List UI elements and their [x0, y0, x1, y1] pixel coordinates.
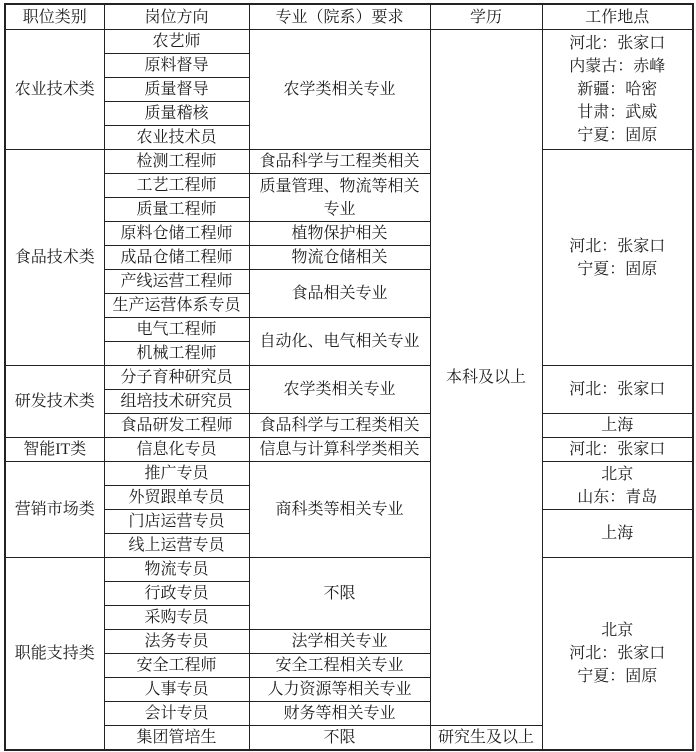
cell-position: 食品研发工程师 [104, 414, 249, 438]
cell-position: 组培技术研究员 [104, 390, 249, 414]
cell-position: 门店运营专员 [104, 510, 249, 534]
cell-position: 生产运营体系专员 [104, 294, 249, 318]
cell-location: 河北：张家口 [542, 438, 693, 462]
table-row: 农业技术类 农艺师 农学类相关专业 本科及以上 河北：张家口 内蒙古：赤峰 新疆… [5, 30, 693, 54]
cell-position: 安全工程师 [104, 654, 249, 678]
cell-education: 本科及以上 [430, 30, 542, 726]
cell-location: 上海 [542, 414, 693, 438]
cell-major: 法学相关专业 [249, 630, 430, 654]
table-row: 食品技术类 检测工程师 食品科学与工程类相关 河北：张家口 宁夏：固原 [5, 150, 693, 174]
cell-major: 商科类等相关专业 [249, 462, 430, 558]
header-education: 学历 [430, 4, 542, 30]
cell-location: 河北：张家口 [542, 366, 693, 414]
cell-position: 质量督导 [104, 78, 249, 102]
table-row: 研发技术类 分子育种研究员 农学类相关专业 河北：张家口 [5, 366, 693, 390]
cell-location: 河北：张家口 内蒙古：赤峰 新疆：哈密 甘肃：武威 宁夏：固原 [542, 30, 693, 150]
header-row: 职位类别 岗位方向 专业（院系）要求 学历 工作地点 [5, 4, 693, 30]
cell-position: 集团管培生 [104, 726, 249, 751]
cell-position: 行政专员 [104, 582, 249, 606]
cell-position: 外贸跟单专员 [104, 486, 249, 510]
cell-position: 原料督导 [104, 54, 249, 78]
table-row: 食品研发工程师 食品科学与工程类相关 上海 [5, 414, 693, 438]
cell-major: 不限 [249, 726, 430, 751]
cell-major: 质量管理、物流等相关专业 [249, 174, 430, 222]
cell-major: 物流仓储相关 [249, 246, 430, 270]
cell-position: 工艺工程师 [104, 174, 249, 198]
cell-position: 物流专员 [104, 558, 249, 582]
cell-major: 财务等相关专业 [249, 702, 430, 726]
header-category: 职位类别 [5, 4, 104, 30]
cell-position: 线上运营专员 [104, 534, 249, 558]
header-major: 专业（院系）要求 [249, 4, 430, 30]
cell-position: 法务专员 [104, 630, 249, 654]
cell-position: 产线运营工程师 [104, 270, 249, 294]
cell-category: 营销市场类 [5, 462, 104, 558]
cell-position: 成品仓储工程师 [104, 246, 249, 270]
cell-major: 植物保护相关 [249, 222, 430, 246]
cell-major: 自动化、电气相关专业 [249, 318, 430, 366]
cell-position: 机械工程师 [104, 342, 249, 366]
cell-major: 不限 [249, 558, 430, 630]
cell-position: 采购专员 [104, 606, 249, 630]
cell-location: 上海 [542, 510, 693, 558]
cell-category: 农业技术类 [5, 30, 104, 150]
cell-location: 北京 河北：张家口 宁夏：固原 [542, 558, 693, 751]
cell-major: 人力资源等相关专业 [249, 678, 430, 702]
cell-position: 电气工程师 [104, 318, 249, 342]
table-row: 营销市场类 推广专员 商科类等相关专业 北京 山东：青岛 [5, 462, 693, 486]
cell-category: 食品技术类 [5, 150, 104, 366]
cell-education: 研究生及以上 [430, 726, 542, 751]
recruitment-table: 职位类别 岗位方向 专业（院系）要求 学历 工作地点 农业技术类 农艺师 农学类… [4, 3, 694, 751]
cell-position: 农艺师 [104, 30, 249, 54]
cell-major: 食品科学与工程类相关 [249, 150, 430, 174]
cell-category: 职能支持类 [5, 558, 104, 751]
cell-category: 研发技术类 [5, 366, 104, 438]
cell-location: 河北：张家口 宁夏：固原 [542, 150, 693, 366]
cell-major: 食品相关专业 [249, 270, 430, 318]
cell-position: 质量工程师 [104, 198, 249, 222]
cell-position: 人事专员 [104, 678, 249, 702]
cell-category: 智能IT类 [5, 438, 104, 462]
cell-position: 农业技术员 [104, 126, 249, 150]
header-position: 岗位方向 [104, 4, 249, 30]
cell-position: 会计专员 [104, 702, 249, 726]
cell-major: 安全工程相关专业 [249, 654, 430, 678]
cell-location: 北京 山东：青岛 [542, 462, 693, 510]
header-location: 工作地点 [542, 4, 693, 30]
cell-major: 农学类相关专业 [249, 30, 430, 150]
cell-position: 推广专员 [104, 462, 249, 486]
cell-major: 信息与计算科学类相关 [249, 438, 430, 462]
cell-major: 食品科学与工程类相关 [249, 414, 430, 438]
cell-position: 信息化专员 [104, 438, 249, 462]
table-row: 职能支持类 物流专员 不限 北京 河北：张家口 宁夏：固原 [5, 558, 693, 582]
cell-position: 分子育种研究员 [104, 366, 249, 390]
table-row: 智能IT类 信息化专员 信息与计算科学类相关 河北：张家口 [5, 438, 693, 462]
cell-position: 质量稽核 [104, 102, 249, 126]
cell-major: 农学类相关专业 [249, 366, 430, 414]
cell-position: 原料仓储工程师 [104, 222, 249, 246]
cell-position: 检测工程师 [104, 150, 249, 174]
